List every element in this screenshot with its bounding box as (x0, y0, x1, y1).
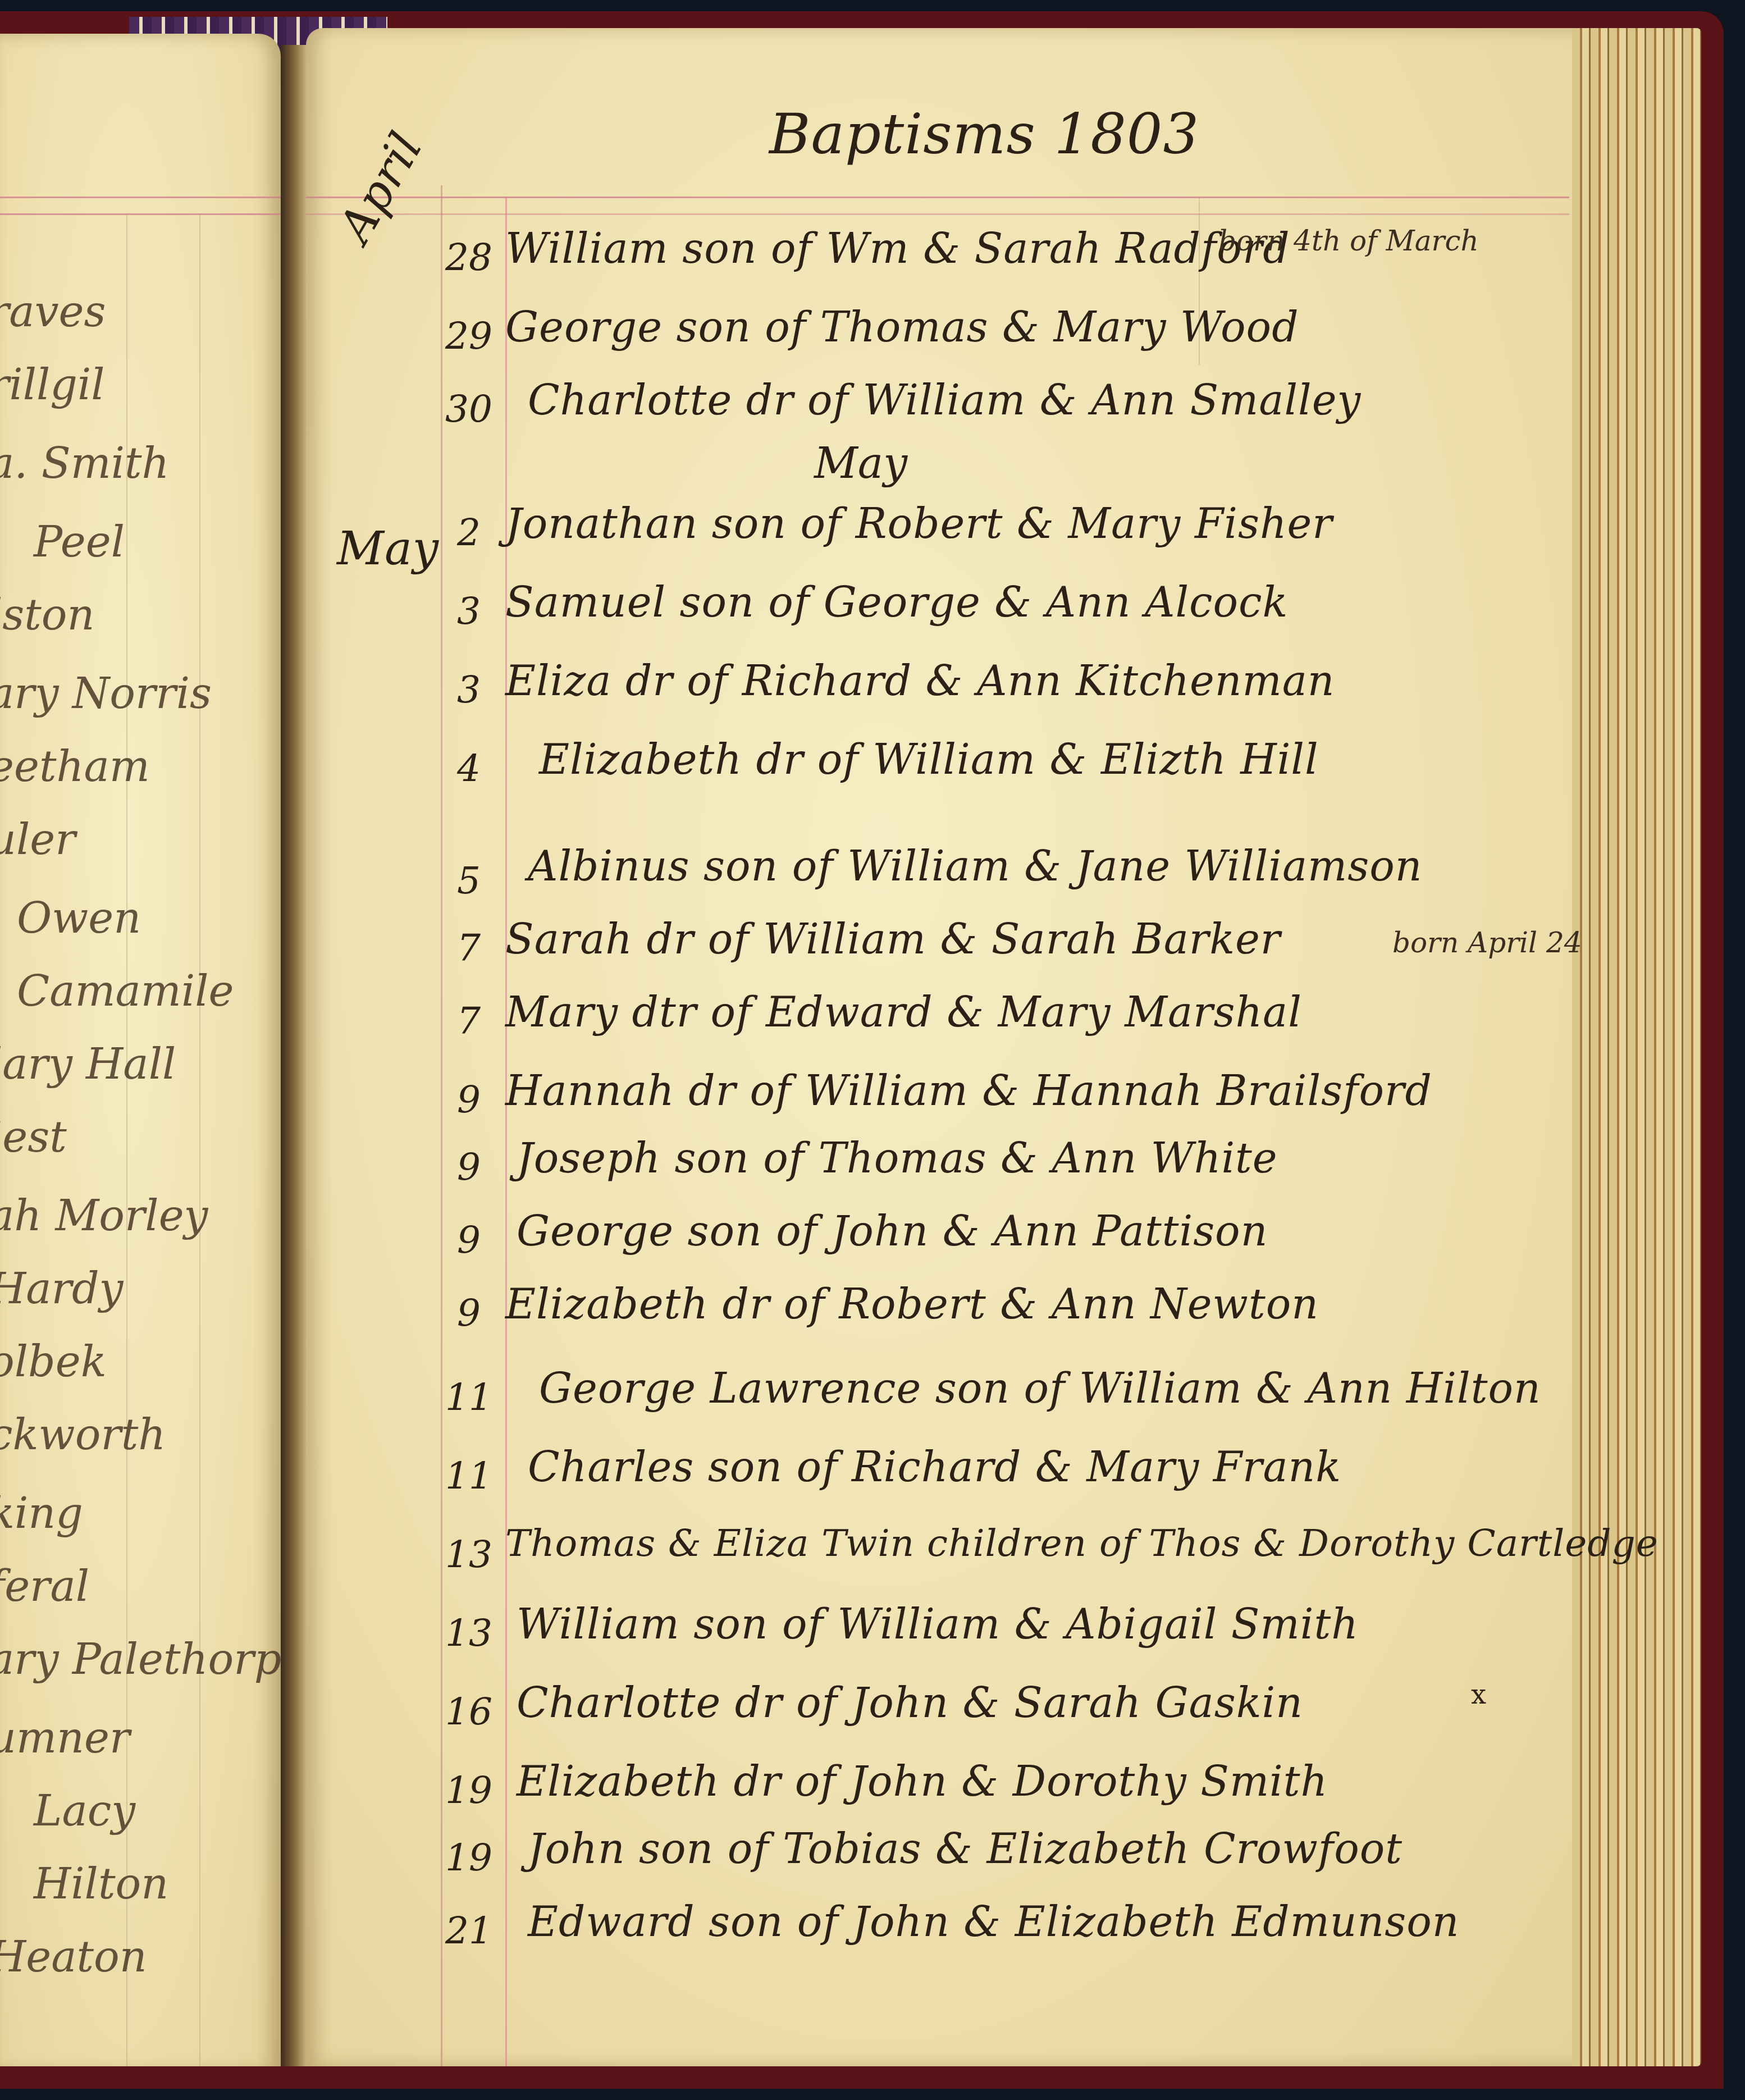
entry-day: 21 (438, 1909, 500, 1952)
left-fragment: ah Morley (0, 1190, 208, 1240)
left-fragment: raves (0, 286, 106, 336)
entry-text: Jonathan son of Robert & Mary Fisher (505, 500, 1333, 548)
entry-day: 16 (438, 1690, 500, 1733)
entry-day: 7 (438, 926, 500, 970)
entry-day: 19 (438, 1836, 500, 1879)
left-fragment: ary Palethorp (0, 1634, 281, 1684)
left-fragment: Hilton (34, 1859, 168, 1909)
entry-text: Charlotte dr of John & Sarah Gaskin (517, 1679, 1303, 1727)
left-page-header-rule-2 (0, 213, 281, 215)
entry-text: Thomas & Eliza Twin children of Thos & D… (505, 1522, 1659, 1565)
left-fragment: lary Hall (0, 1039, 176, 1089)
entry-day: 13 (438, 1533, 500, 1576)
entry-day: 3 (438, 668, 500, 711)
left-fragment: a. Smith (0, 438, 170, 488)
left-fragment: eetham (0, 741, 150, 791)
left-fragment: feral (0, 1561, 89, 1611)
entry-text: Eliza dr of Richard & Ann Kitchenman (505, 657, 1335, 705)
header-rule-2 (306, 213, 1569, 215)
entry-day: 11 (438, 1376, 500, 1419)
left-fragment: umner (0, 1713, 130, 1763)
page-fore-edge (1572, 28, 1701, 2066)
entry-text: Elizabeth dr of John & Dorothy Smith (517, 1757, 1328, 1806)
entry-text: John son of Tobias & Elizabeth Crowfoot (528, 1825, 1403, 1873)
left-fragment: Heaton (0, 1932, 147, 1982)
entry-text: Elizabeth dr of William & Elizth Hill (539, 736, 1319, 784)
entry-day: 19 (438, 1769, 500, 1812)
entry-text: William son of Wm & Sarah Radford (505, 225, 1290, 273)
left-page-column-rule-2 (199, 213, 200, 2066)
entry-day: 13 (438, 1611, 500, 1655)
entry-text: George son of John & Ann Pattison (517, 1207, 1268, 1256)
entry-day: 11 (438, 1454, 500, 1498)
left-fragment: king (0, 1488, 83, 1538)
left-fragment: Lacy (34, 1786, 135, 1836)
entry-text: Samuel son of George & Ann Alcock (505, 578, 1288, 627)
entry-day: 28 (438, 236, 500, 279)
month-divider: May (814, 438, 907, 488)
entry-day: 4 (438, 747, 500, 790)
entry-day: 29 (438, 314, 500, 358)
entry-note: born April 24 (1392, 926, 1582, 959)
entry-text: Sarah dr of William & Sarah Barker (505, 915, 1281, 964)
entry-text: Joseph son of Thomas & Ann White (517, 1134, 1278, 1183)
entry-text: William son of William & Abigail Smith (517, 1600, 1359, 1649)
header-rule (306, 197, 1569, 198)
entry-text: George son of Thomas & Mary Wood (505, 303, 1299, 351)
left-fragment: rillgil (0, 359, 105, 409)
book-cover-bottom (0, 2066, 1724, 2089)
entry-day: 5 (438, 859, 500, 902)
entry-day: 9 (438, 1145, 500, 1189)
entry-text: George Lawrence son of William & Ann Hil… (539, 1364, 1541, 1413)
left-fragment: ckworth (0, 1409, 166, 1459)
book-gutter (281, 45, 306, 2072)
page-title: Baptisms 1803 (769, 101, 1199, 167)
left-fragment: ary Norris (0, 668, 212, 718)
entry-day: 7 (438, 999, 500, 1043)
entry-text: Hannah dr of William & Hannah Brailsford (505, 1067, 1432, 1115)
left-fragment: olbek (0, 1336, 107, 1386)
left-fragment: uler (0, 814, 76, 864)
margin-month-may: May (337, 522, 439, 576)
entry-text: Mary dtr of Edward & Mary Marshal (505, 988, 1302, 1037)
day-column-rule (505, 197, 507, 2066)
entry-day: 9 (438, 1078, 500, 1121)
entry-day: 30 (438, 387, 500, 431)
entry-day: 9 (438, 1218, 500, 1262)
entry-note: born 4th of March (1218, 225, 1479, 257)
entry-text: Edward son of John & Elizabeth Edmunson (528, 1898, 1459, 1946)
entry-day: 3 (438, 590, 500, 633)
left-fragment: lston (0, 590, 95, 640)
left-fragment: Hardy (0, 1263, 124, 1313)
entry-day: 2 (438, 511, 500, 554)
left-page-header-rule (0, 197, 281, 198)
left-fragment: Owen (17, 893, 141, 943)
margin-mark: x (1471, 1679, 1486, 1710)
entry-day: 9 (438, 1291, 500, 1335)
entry-text: Charles son of Richard & Mary Frank (528, 1443, 1341, 1491)
left-fragment: Peel (34, 517, 125, 567)
entry-text: Elizabeth dr of Robert & Ann Newton (505, 1280, 1319, 1329)
entry-text: Albinus son of William & Jane Williamson (528, 842, 1422, 891)
entry-text: Charlotte dr of William & Ann Smalley (528, 376, 1361, 424)
left-fragment: iest (0, 1112, 67, 1162)
left-fragment: Camamile (17, 966, 234, 1016)
